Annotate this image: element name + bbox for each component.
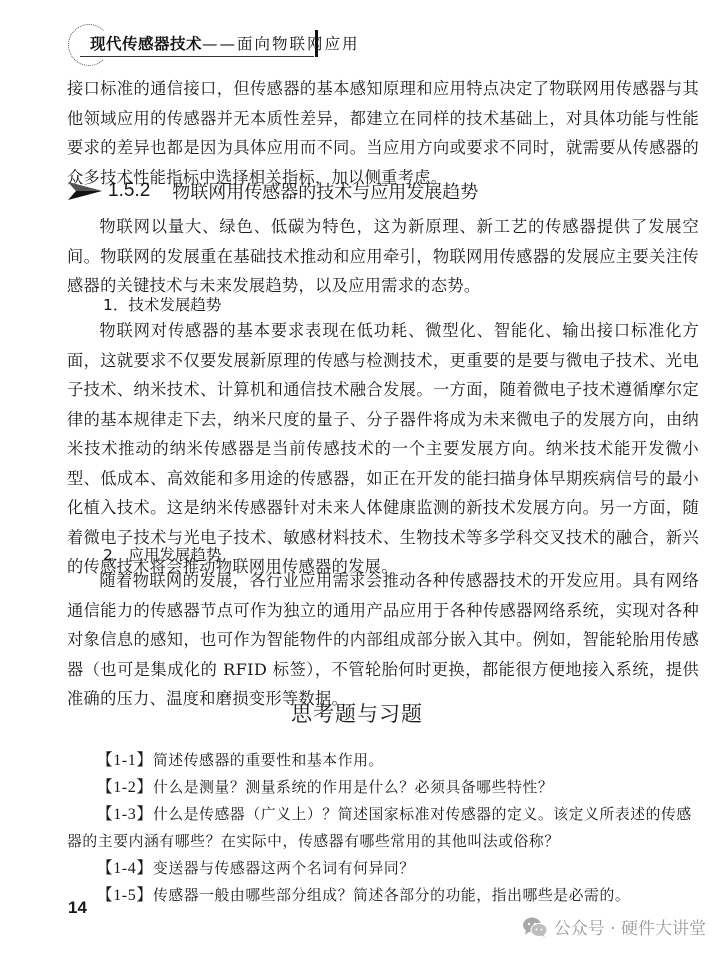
- page-number: 14: [68, 898, 87, 918]
- paragraph-text: 接口标准的通信接口，但传感器的基本感知原理和应用特点决定了物联网用传感器与其他领…: [67, 74, 699, 192]
- header-rule: [80, 56, 314, 57]
- subsection-heading-1: 1．技术发展趋势: [103, 293, 221, 315]
- book-title: 现代传感器技术: [90, 35, 202, 53]
- exercise-text: 变送器与传感器这两个名词有何异同？: [153, 860, 415, 877]
- watermark: 公众号 · 硬件大讲堂: [522, 914, 706, 939]
- arrow-bullet-icon: [68, 182, 102, 200]
- exercise-item: 【1-3】什么是传感器（广义上）？简述国家标准对传感器的定义。该定义所表述的传感…: [67, 801, 699, 855]
- running-header: 现代传感器技术——面向物联网应用: [64, 20, 324, 64]
- exercise-label: 【1-2】: [97, 779, 153, 796]
- exercise-text: 简述传感器的重要性和基本作用。: [153, 752, 384, 769]
- exercise-item: 【1-2】什么是测量？测量系统的作用是什么？必须具备哪些特性？: [67, 774, 699, 801]
- watermark-text: 公众号 · 硬件大讲堂: [554, 914, 706, 939]
- exercise-text: 什么是测量？测量系统的作用是什么？必须具备哪些特性？: [153, 779, 553, 796]
- section-title: 物联网用传感器的技术与应用发展趋势: [172, 178, 478, 204]
- subsection-paragraph-1: 物联网对传感器的基本要求表现在低功耗、微型化、智能化、输出接口标准化方面，这就要…: [67, 316, 699, 582]
- header-dash: ——: [202, 35, 237, 53]
- subsection-paragraph-2: 随着物联网的发展，各行业应用需求会推动各种传感器技术的开发应用。具有网络通信能力…: [67, 566, 699, 714]
- exercise-item: 【1-5】传感器一般由哪些部分组成？简述各部分的功能，指出哪些是必需的。: [67, 882, 699, 909]
- header-bar: [315, 30, 318, 57]
- exercise-label: 【1-4】: [97, 860, 153, 877]
- subsection-heading-2: 2．应用发展趋势: [103, 543, 221, 565]
- running-header-title: 现代传感器技术——面向物联网应用: [90, 32, 360, 54]
- exercise-label: 【1-1】: [97, 752, 153, 769]
- exercise-text: 传感器一般由哪些部分组成？简述各部分的功能，指出哪些是必需的。: [153, 887, 630, 904]
- exercise-item: 【1-1】简述传感器的重要性和基本作用。: [67, 747, 699, 774]
- paragraph-text: 随着物联网的发展，各行业应用需求会推动各种传感器技术的开发应用。具有网络通信能力…: [67, 566, 699, 714]
- section-lead-paragraph: 物联网以量大、绿色、低碳为特色，这为新原理、新工艺的传感器提供了发展空间。物联网…: [67, 212, 699, 301]
- section-number: 1.5.2: [108, 180, 150, 202]
- section-heading: 1.5.2 物联网用传感器的技术与应用发展趋势: [68, 178, 478, 204]
- intro-paragraph: 接口标准的通信接口，但传感器的基本感知原理和应用特点决定了物联网用传感器与其他领…: [67, 74, 699, 192]
- wechat-icon: [522, 916, 548, 938]
- exercise-item: 【1-4】变送器与传感器这两个名词有何异同？: [67, 855, 699, 882]
- paragraph-text: 物联网以量大、绿色、低碳为特色，这为新原理、新工艺的传感器提供了发展空间。物联网…: [67, 212, 699, 301]
- exercise-label: 【1-5】: [97, 887, 153, 904]
- book-subtitle: 面向物联网应用: [237, 35, 360, 53]
- exercise-label: 【1-3】: [97, 806, 153, 823]
- exercise-text: 什么是传感器（广义上）？简述国家标准对传感器的定义。该定义所表述的传感器的主要内…: [67, 806, 692, 850]
- exercises-title: 思考题与习题: [0, 698, 714, 728]
- paragraph-text: 物联网对传感器的基本要求表现在低功耗、微型化、智能化、输出接口标准化方面，这就要…: [67, 316, 699, 582]
